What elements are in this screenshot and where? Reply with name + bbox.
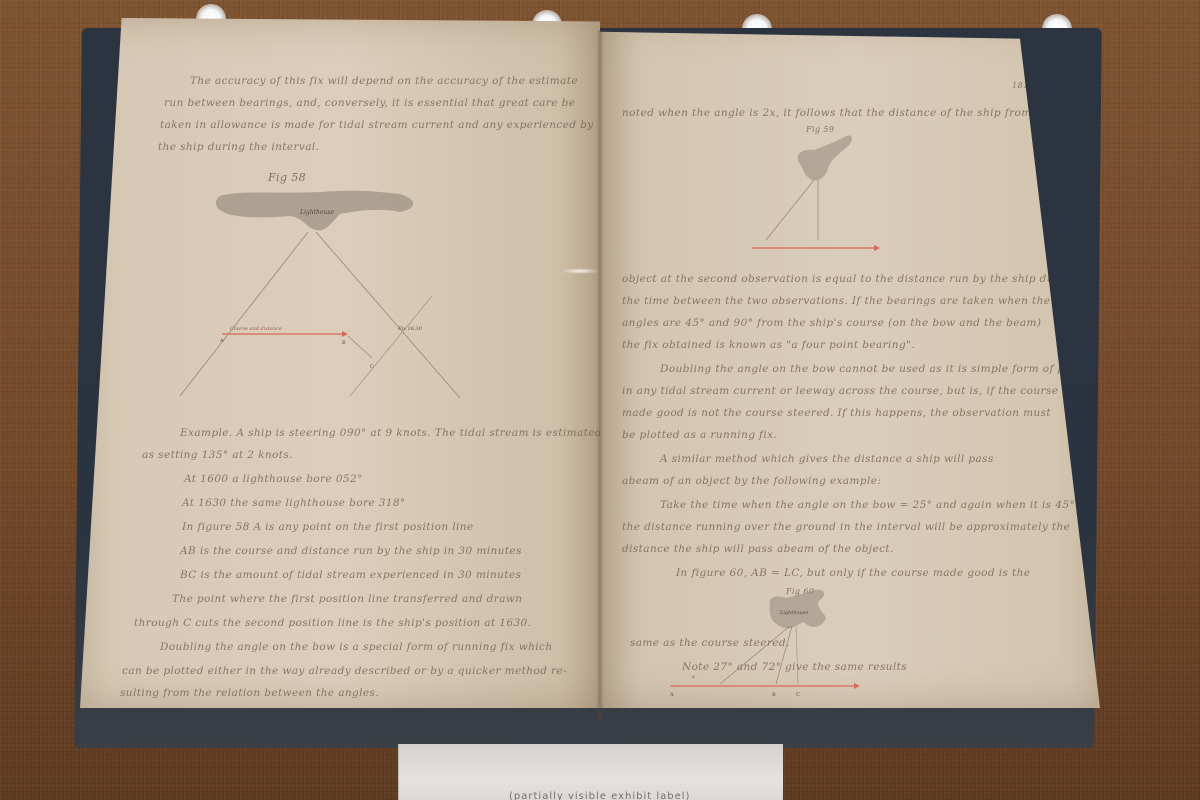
closing-line: same as the course steered. xyxy=(630,632,790,655)
body-line: In figure 58 A is any point on the first… xyxy=(182,516,474,539)
body-line: can be plotted either in the way already… xyxy=(122,660,567,683)
svg-text:B: B xyxy=(772,692,776,698)
svg-text:Lighthouse: Lighthouse xyxy=(779,610,808,616)
svg-text:A: A xyxy=(219,338,224,344)
body-line: as setting 135° at 2 knots. xyxy=(142,444,293,467)
body-line: The point where the first position line … xyxy=(172,588,522,611)
right-page: 181 noted when the angle is 2x, it follo… xyxy=(600,18,1100,708)
svg-text:A: A xyxy=(669,692,674,698)
exhibit-placard: (partially visible exhibit label) xyxy=(398,744,783,800)
figure-60-diagram: Lighthouse x A B C xyxy=(600,18,1100,708)
placard-text: (partially visible exhibit label) xyxy=(509,791,690,800)
book-gutter xyxy=(596,30,604,720)
svg-text:Lighthouse: Lighthouse xyxy=(299,209,334,216)
left-page: The accuracy of this fix will depend on … xyxy=(80,18,600,708)
svg-text:C: C xyxy=(796,692,800,698)
body-line: through C cuts the second position line … xyxy=(134,612,531,635)
svg-text:C: C xyxy=(370,364,374,370)
body-line: At 1600 a lighthouse bore 052° xyxy=(184,468,363,491)
glass-glare xyxy=(560,268,600,274)
svg-text:B: B xyxy=(342,340,346,346)
svg-text:Fix 16.30: Fix 16.30 xyxy=(397,326,423,332)
closing-line: Note 27° and 72° give the same results xyxy=(682,656,907,679)
body-line: sulting from the relation between the an… xyxy=(120,682,379,705)
svg-text:Course and distance: Course and distance xyxy=(230,326,282,332)
body-line: Example. A ship is steering 090° at 9 kn… xyxy=(180,422,602,445)
body-line: BC is the amount of tidal stream experie… xyxy=(180,564,521,587)
body-line: At 1630 the same lighthouse bore 318° xyxy=(182,492,406,515)
body-line: AB is the course and distance run by the… xyxy=(180,540,522,563)
body-line: Doubling the angle on the bow is a speci… xyxy=(160,636,552,659)
